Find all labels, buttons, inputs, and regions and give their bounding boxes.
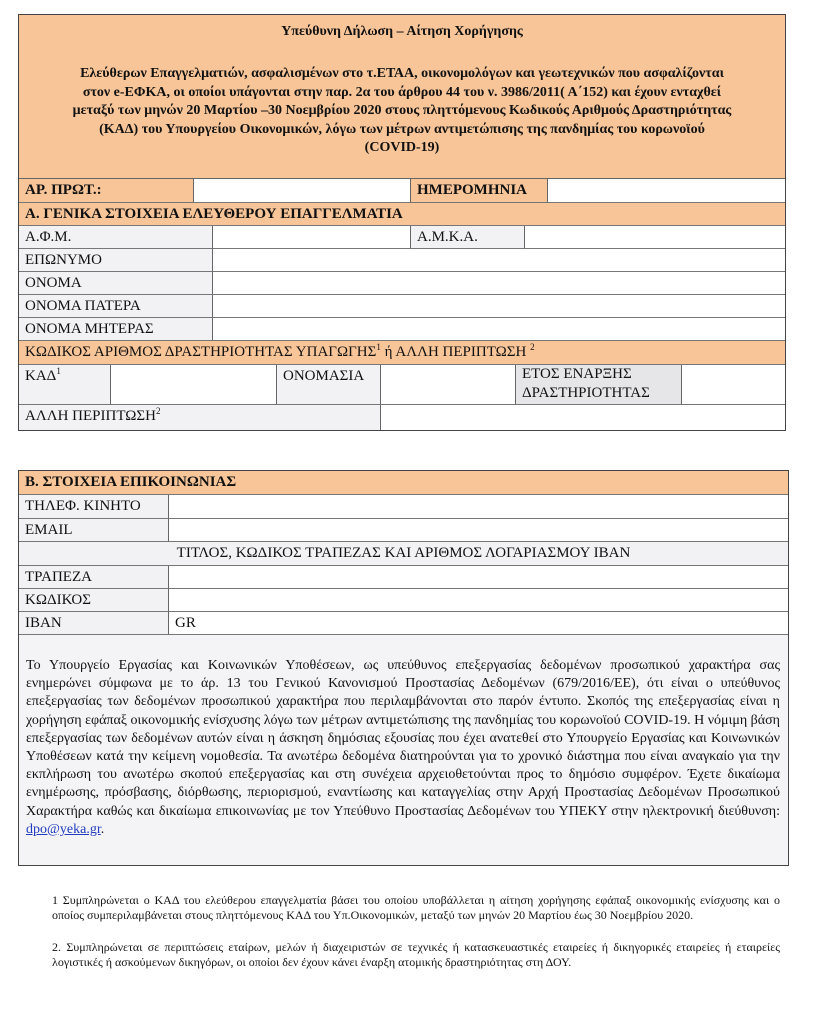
first-name-label: ΟΝΟΜΑ: [19, 272, 213, 295]
bank-label: ΤΡΑΠΕΖΑ: [19, 566, 169, 589]
kad-label-text: ΚΑΔ: [25, 368, 56, 384]
bank-code-field[interactable]: [169, 589, 788, 612]
dpo-email-link[interactable]: dpo@yeka.gr: [26, 822, 101, 837]
mother-name-label: ΟΝΟΜΑ ΜΗΤΕΡΑΣ: [19, 318, 213, 341]
mobile-phone-label: ΤΗΛΕΦ. ΚΙΝΗΤΟ: [19, 495, 169, 519]
form-section-a: Υπεύθυνη Δήλωση – Αίτηση Χορήγησης Ελεύθ…: [18, 14, 786, 431]
other-case-label-text: ΑΛΛΗ ΠΕΡΙΠΤΩΣΗ: [25, 408, 156, 424]
section-b-heading: Β. ΣΤΟΙΧΕΙΑ ΕΠΙΚΟΙΝΩΝΙΑΣ: [19, 471, 788, 495]
iban-label: IBAN: [19, 612, 169, 635]
activity-name-field[interactable]: [381, 365, 516, 405]
kad-heading-text: ΚΩΔΙΚΟΣ ΑΡΙΘΜΟΣ ΔΡΑΣΤΗΡΙΟΤΗΤΑΣ ΥΠΑΓΩΓΗΣ: [25, 344, 376, 360]
bank-details-heading: ΤΙΤΛΟΣ, ΚΩΔΙΚΟΣ ΤΡΑΠΕΖΑΣ ΚΑΙ ΑΡΙΘΜΟΣ ΛΟΓ…: [19, 542, 788, 566]
protocol-number-label: ΑΡ. ΠΡΩΤ.:: [19, 179, 194, 203]
kad-field[interactable]: [111, 365, 277, 405]
form-title: Υπεύθυνη Δήλωση – Αίτηση Χορήγησης: [19, 23, 785, 41]
afm-label: Α.Φ.Μ.: [19, 226, 213, 249]
footnote-1: 1 Συμπληρώνεται ο ΚΑΔ του ελεύθερου επαγ…: [52, 893, 780, 922]
footnote-ref-2: 2: [156, 406, 161, 416]
other-case-field[interactable]: [381, 405, 785, 430]
form-header: Υπεύθυνη Δήλωση – Αίτηση Χορήγησης Ελεύθ…: [19, 15, 785, 179]
start-year-label: ΕΤΟΣ ΕΝΑΡΞΗΣ ΔΡΑΣΤΗΡΙΟΤΗΤΑΣ: [516, 365, 682, 405]
email-label: EMAIL: [19, 519, 169, 542]
kad-label: ΚΑΔ1: [19, 365, 111, 405]
start-year-label-line2: ΔΡΑΣΤΗΡΙΟΤΗΤΑΣ: [522, 384, 681, 403]
privacy-notice: Το Υπουργείο Εργασίας και Κοινωνικών Υπο…: [26, 657, 780, 839]
date-field[interactable]: [548, 179, 785, 203]
surname-field[interactable]: [213, 249, 785, 272]
footnote-2: 2. Συμπληρώνεται σε περιπτώσεις εταίρων,…: [52, 940, 780, 969]
start-year-field[interactable]: [682, 365, 785, 405]
surname-label: ΕΠΩΝΥΜΟ: [19, 249, 213, 272]
footnote-ref-1: 1: [56, 366, 61, 376]
bank-field[interactable]: [169, 566, 788, 589]
other-case-label: ΑΛΛΗ ΠΕΡΙΠΤΩΣΗ2: [19, 405, 381, 430]
privacy-notice-text: Το Υπουργείο Εργασίας και Κοινωνικών Υπο…: [26, 658, 780, 819]
mother-name-field[interactable]: [213, 318, 785, 341]
activity-name-label: ΟΝΟΜΑΣΙΑ: [277, 365, 381, 405]
iban-field[interactable]: GR: [169, 612, 788, 635]
start-year-label-line1: ΕΤΟΣ ΕΝΑΡΞΗΣ: [522, 365, 681, 384]
bank-code-label: ΚΩΔΙΚΟΣ: [19, 589, 169, 612]
amka-label: Α.Μ.Κ.Α.: [411, 226, 525, 249]
kad-heading-alt: ή ΑΛΛΗ ΠΕΡΙΠΤΩΣΗ: [381, 344, 526, 360]
privacy-notice-end: .: [101, 822, 105, 837]
father-name-label: ΟΝΟΜΑ ΠΑΤΕΡΑ: [19, 295, 213, 318]
footnote-ref-2: 2: [530, 342, 535, 352]
form-subtitle: Ελεύθερων Επαγγελματιών, ασφαλισμένων στ…: [71, 65, 733, 158]
email-field[interactable]: [169, 519, 788, 542]
date-label: ΗΜΕΡΟΜΗΝΙΑ: [411, 179, 548, 203]
father-name-field[interactable]: [213, 295, 785, 318]
section-a-heading: Α. ΓΕΝΙΚΑ ΣΤΟΙΧΕΙΑ ΕΛΕΥΘΕΡΟΥ ΕΠΑΓΓΕΛΜΑΤΙ…: [19, 203, 785, 226]
form-section-b: Β. ΣΤΟΙΧΕΙΑ ΕΠΙΚΟΙΝΩΝΙΑΣ ΤΗΛΕΦ. ΚΙΝΗΤΟ E…: [18, 470, 789, 866]
first-name-field[interactable]: [213, 272, 785, 295]
amka-field[interactable]: [525, 226, 785, 249]
mobile-phone-field[interactable]: [169, 495, 788, 519]
kad-section-heading: ΚΩΔΙΚΟΣ ΑΡΙΘΜΟΣ ΔΡΑΣΤΗΡΙΟΤΗΤΑΣ ΥΠΑΓΩΓΗΣ1…: [19, 341, 785, 365]
afm-field[interactable]: [213, 226, 411, 249]
protocol-number-field[interactable]: [194, 179, 411, 203]
